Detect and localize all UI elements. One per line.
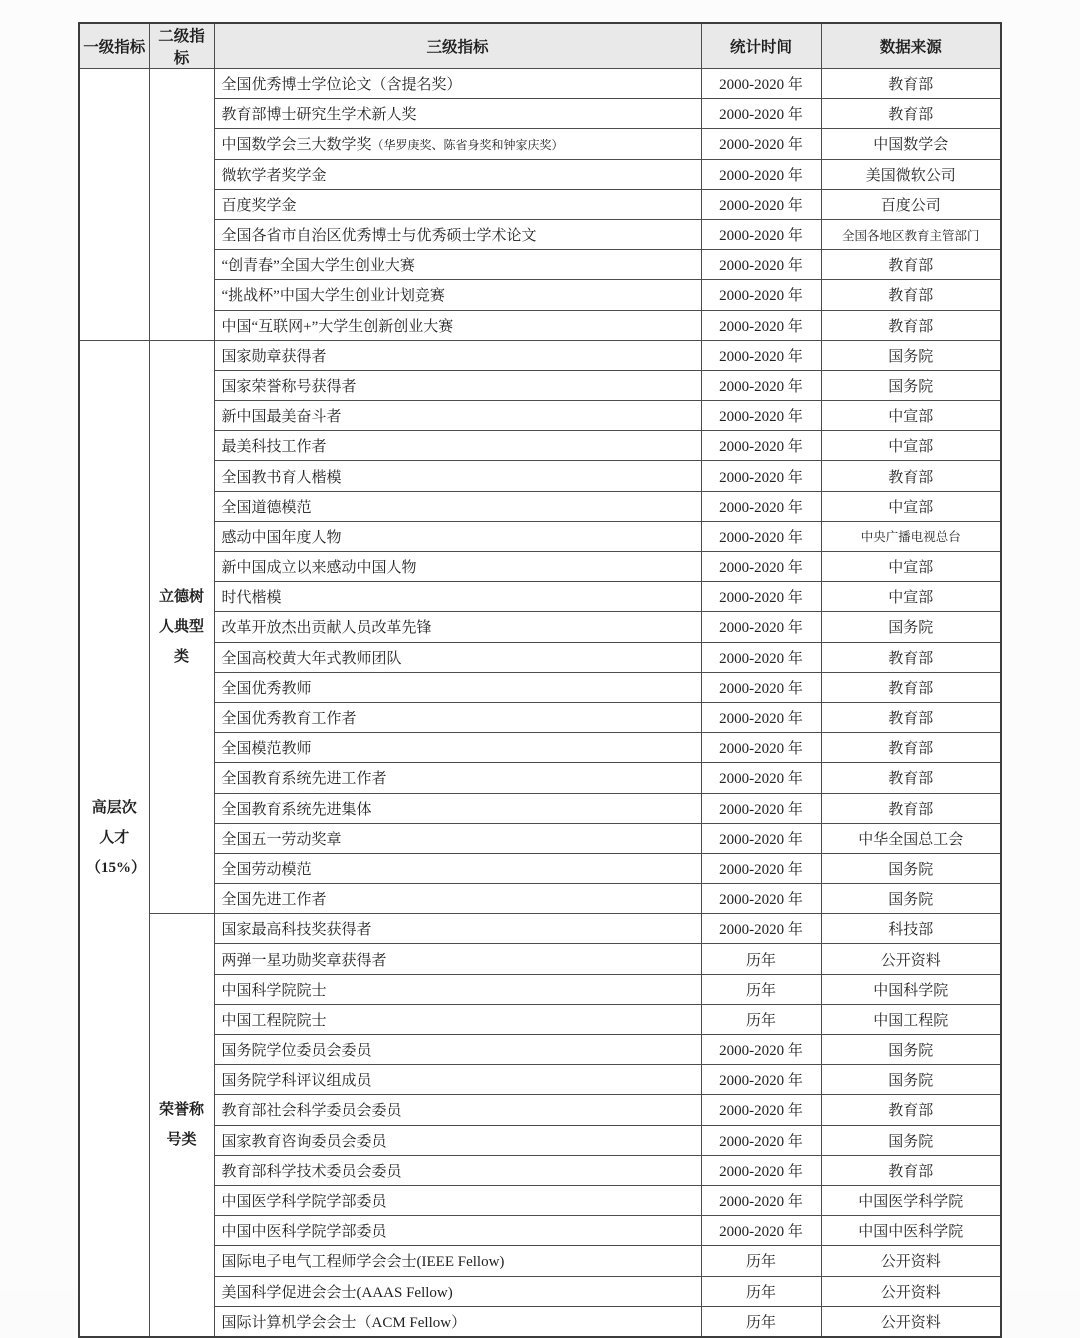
source-cell: 全国各地区教育主管部门 <box>821 219 1001 249</box>
level3-indicator-cell: 全国五一劳动奖章 <box>214 823 701 853</box>
level3-indicator-cell: 两弹一星功勋奖章获得者 <box>214 944 701 974</box>
source-cell: 国务院 <box>821 370 1001 400</box>
time-cell: 2000-2020 年 <box>701 189 821 219</box>
time-cell: 2000-2020 年 <box>701 99 821 129</box>
level3-indicator-cell: 中国工程院院士 <box>214 1004 701 1034</box>
indicator-note: （华罗庚奖、陈省身奖和钟家庆奖） <box>372 138 564 152</box>
table-row: 国家荣誉称号获得者2000-2020 年国务院 <box>79 370 1001 400</box>
level2-indicator-cell: 立德树人典型类 <box>149 340 214 914</box>
table-row: 中国数学会三大数学奖（华罗庚奖、陈省身奖和钟家庆奖）2000-2020 年中国数… <box>79 129 1001 159</box>
source-cell: 中国工程院 <box>821 1004 1001 1034</box>
level3-indicator-cell: 最美科技工作者 <box>214 431 701 461</box>
level3-indicator-cell: 中国科学院院士 <box>214 974 701 1004</box>
time-cell: 2000-2020 年 <box>701 340 821 370</box>
source-cell: 中宣部 <box>821 552 1001 582</box>
level3-indicator-cell: 感动中国年度人物 <box>214 521 701 551</box>
source-cell: 国务院 <box>821 612 1001 642</box>
time-cell: 2000-2020 年 <box>701 401 821 431</box>
source-cell: 中华全国总工会 <box>821 823 1001 853</box>
level3-indicator-cell: 全国道德模范 <box>214 491 701 521</box>
source-cell: 教育部 <box>821 793 1001 823</box>
table-row: 国务院学位委员会委员2000-2020 年国务院 <box>79 1035 1001 1065</box>
table-row: 新中国最美奋斗者2000-2020 年中宣部 <box>79 401 1001 431</box>
time-cell: 2000-2020 年 <box>701 159 821 189</box>
time-cell: 2000-2020 年 <box>701 521 821 551</box>
source-cell: 中央广播电视总台 <box>821 521 1001 551</box>
level3-indicator-cell: 教育部社会科学委员会委员 <box>214 1095 701 1125</box>
table-row: 中国科学院院士历年中国科学院 <box>79 974 1001 1004</box>
table-row: “挑战杯”中国大学生创业计划竞赛2000-2020 年教育部 <box>79 280 1001 310</box>
level3-indicator-cell: 国际电子电气工程师学会会士(IEEE Fellow) <box>214 1246 701 1276</box>
level3-indicator-cell: 全国教育系统先进集体 <box>214 793 701 823</box>
level3-indicator-cell: 教育部科学技术委员会委员 <box>214 1155 701 1185</box>
source-cell: 教育部 <box>821 69 1001 99</box>
table-row: 全国优秀教师2000-2020 年教育部 <box>79 672 1001 702</box>
time-cell: 2000-2020 年 <box>701 884 821 914</box>
level3-indicator-cell: 国务院学科评议组成员 <box>214 1065 701 1095</box>
source-cell: 教育部 <box>821 280 1001 310</box>
source-cell: 教育部 <box>821 672 1001 702</box>
level1-indicator-cell: 高层次人才（15%） <box>79 340 149 1337</box>
source-cell: 科技部 <box>821 914 1001 944</box>
time-cell: 2000-2020 年 <box>701 642 821 672</box>
level3-indicator-cell: 改革开放杰出贡献人员改革先锋 <box>214 612 701 642</box>
level3-indicator-cell: 全国劳动模范 <box>214 853 701 883</box>
time-cell: 历年 <box>701 1246 821 1276</box>
time-cell: 2000-2020 年 <box>701 491 821 521</box>
source-cell: 教育部 <box>821 99 1001 129</box>
time-cell: 历年 <box>701 944 821 974</box>
time-cell: 2000-2020 年 <box>701 250 821 280</box>
table-header-row: 一级指标二级指标三级指标统计时间数据来源 <box>79 23 1001 69</box>
level3-indicator-cell: 全国优秀教育工作者 <box>214 702 701 732</box>
table-body: 全国优秀博士学位论文（含提名奖）2000-2020 年教育部教育部博士研究生学术… <box>79 69 1001 1337</box>
level3-indicator-cell: “创青春”全国大学生创业大赛 <box>214 250 701 280</box>
source-cell: 国务院 <box>821 853 1001 883</box>
level3-indicator-cell: 国家教育咨询委员会委员 <box>214 1125 701 1155</box>
source-cell: 美国微软公司 <box>821 159 1001 189</box>
table-row: 国家教育咨询委员会委员2000-2020 年国务院 <box>79 1125 1001 1155</box>
time-cell: 2000-2020 年 <box>701 793 821 823</box>
source-cell: 国务院 <box>821 1035 1001 1065</box>
table-row: 中国医学科学院学部委员2000-2020 年中国医学科学院 <box>79 1185 1001 1215</box>
level3-indicator-cell: “挑战杯”中国大学生创业计划竞赛 <box>214 280 701 310</box>
level3-indicator-cell: 新中国最美奋斗者 <box>214 401 701 431</box>
table-row: 高层次人才（15%）立德树人典型类国家勋章获得者2000-2020 年国务院 <box>79 340 1001 370</box>
level3-indicator-cell: 国家荣誉称号获得者 <box>214 370 701 400</box>
table-row: 最美科技工作者2000-2020 年中宣部 <box>79 431 1001 461</box>
table-row: 国际计算机学会会士（ACM Fellow）历年公开资料 <box>79 1306 1001 1337</box>
table-row: 全国高校黄大年式教师团队2000-2020 年教育部 <box>79 642 1001 672</box>
table-row: 全国劳动模范2000-2020 年国务院 <box>79 853 1001 883</box>
source-cell: 教育部 <box>821 702 1001 732</box>
column-header: 二级指标 <box>149 23 214 69</box>
time-cell: 2000-2020 年 <box>701 310 821 340</box>
source-cell: 教育部 <box>821 250 1001 280</box>
time-cell: 2000-2020 年 <box>701 431 821 461</box>
table-row: 全国优秀教育工作者2000-2020 年教育部 <box>79 702 1001 732</box>
time-cell: 2000-2020 年 <box>701 1185 821 1215</box>
level3-indicator-cell: 时代楷模 <box>214 582 701 612</box>
time-cell: 2000-2020 年 <box>701 129 821 159</box>
table-row: 两弹一星功勋奖章获得者历年公开资料 <box>79 944 1001 974</box>
table-row: 改革开放杰出贡献人员改革先锋2000-2020 年国务院 <box>79 612 1001 642</box>
table-row: 全国先进工作者2000-2020 年国务院 <box>79 884 1001 914</box>
source-cell: 国务院 <box>821 340 1001 370</box>
source-cell: 中宣部 <box>821 431 1001 461</box>
table-row: 国务院学科评议组成员2000-2020 年国务院 <box>79 1065 1001 1095</box>
table-row: 全国教育系统先进集体2000-2020 年教育部 <box>79 793 1001 823</box>
table-row: 感动中国年度人物2000-2020 年中央广播电视总台 <box>79 521 1001 551</box>
source-cell: 教育部 <box>821 763 1001 793</box>
time-cell: 历年 <box>701 1306 821 1337</box>
time-cell: 2000-2020 年 <box>701 1095 821 1125</box>
level3-indicator-cell: 全国各省市自治区优秀博士与优秀硕士学术论文 <box>214 219 701 249</box>
time-cell: 2000-2020 年 <box>701 280 821 310</box>
time-cell: 2000-2020 年 <box>701 1155 821 1185</box>
level3-indicator-cell: 中国医学科学院学部委员 <box>214 1185 701 1215</box>
source-cell: 公开资料 <box>821 1276 1001 1306</box>
source-cell: 国务院 <box>821 1125 1001 1155</box>
level3-indicator-cell: 教育部博士研究生学术新人奖 <box>214 99 701 129</box>
level2-indicator-cell: 荣誉称号类 <box>149 914 214 1337</box>
level3-indicator-cell: 全国教育系统先进工作者 <box>214 763 701 793</box>
time-cell: 2000-2020 年 <box>701 702 821 732</box>
table-row: 全国各省市自治区优秀博士与优秀硕士学术论文2000-2020 年全国各地区教育主… <box>79 219 1001 249</box>
table-row: 新中国成立以来感动中国人物2000-2020 年中宣部 <box>79 552 1001 582</box>
time-cell: 2000-2020 年 <box>701 763 821 793</box>
table-row: 中国中医科学院学部委员2000-2020 年中国中医科学院 <box>79 1216 1001 1246</box>
time-cell: 2000-2020 年 <box>701 612 821 642</box>
table-row: 微软学者奖学金2000-2020 年美国微软公司 <box>79 159 1001 189</box>
table-row: 百度奖学金2000-2020 年百度公司 <box>79 189 1001 219</box>
level3-indicator-cell: 国家勋章获得者 <box>214 340 701 370</box>
level3-indicator-cell: 美国科学促进会会士(AAAS Fellow) <box>214 1276 701 1306</box>
time-cell: 2000-2020 年 <box>701 582 821 612</box>
source-cell: 教育部 <box>821 733 1001 763</box>
time-cell: 2000-2020 年 <box>701 219 821 249</box>
source-cell: 中国中医科学院 <box>821 1216 1001 1246</box>
source-cell: 教育部 <box>821 1095 1001 1125</box>
table-row: 教育部科学技术委员会委员2000-2020 年教育部 <box>79 1155 1001 1185</box>
level3-indicator-cell: 全国先进工作者 <box>214 884 701 914</box>
table-row: 全国道德模范2000-2020 年中宣部 <box>79 491 1001 521</box>
source-cell: 教育部 <box>821 642 1001 672</box>
source-cell: 公开资料 <box>821 1246 1001 1276</box>
level3-indicator-cell: 中国数学会三大数学奖（华罗庚奖、陈省身奖和钟家庆奖） <box>214 129 701 159</box>
column-header: 一级指标 <box>79 23 149 69</box>
time-cell: 历年 <box>701 1004 821 1034</box>
level1-indicator-cell <box>79 69 149 341</box>
table-row: 荣誉称号类国家最高科技奖获得者2000-2020 年科技部 <box>79 914 1001 944</box>
time-cell: 2000-2020 年 <box>701 370 821 400</box>
source-cell: 百度公司 <box>821 189 1001 219</box>
table-row: 全国教书育人楷模2000-2020 年教育部 <box>79 461 1001 491</box>
source-cell: 教育部 <box>821 461 1001 491</box>
table-row: 中国“互联网+”大学生创新创业大赛2000-2020 年教育部 <box>79 310 1001 340</box>
source-cell: 公开资料 <box>821 1306 1001 1337</box>
level3-indicator-cell: 微软学者奖学金 <box>214 159 701 189</box>
time-cell: 2000-2020 年 <box>701 1065 821 1095</box>
source-cell: 中宣部 <box>821 491 1001 521</box>
time-cell: 2000-2020 年 <box>701 914 821 944</box>
time-cell: 2000-2020 年 <box>701 69 821 99</box>
level3-indicator-cell: 全国优秀博士学位论文（含提名奖） <box>214 69 701 99</box>
level3-indicator-cell: 国际计算机学会会士（ACM Fellow） <box>214 1306 701 1337</box>
table-row: 中国工程院院士历年中国工程院 <box>79 1004 1001 1034</box>
table-row: “创青春”全国大学生创业大赛2000-2020 年教育部 <box>79 250 1001 280</box>
table-row: 教育部社会科学委员会委员2000-2020 年教育部 <box>79 1095 1001 1125</box>
source-cell: 教育部 <box>821 1155 1001 1185</box>
time-cell: 2000-2020 年 <box>701 823 821 853</box>
column-header: 三级指标 <box>214 23 701 69</box>
time-cell: 2000-2020 年 <box>701 552 821 582</box>
document-page: 一级指标二级指标三级指标统计时间数据来源 全国优秀博士学位论文（含提名奖）200… <box>0 0 1080 1290</box>
source-cell: 中宣部 <box>821 401 1001 431</box>
time-cell: 历年 <box>701 1276 821 1306</box>
table-row: 全国优秀博士学位论文（含提名奖）2000-2020 年教育部 <box>79 69 1001 99</box>
level3-indicator-cell: 新中国成立以来感动中国人物 <box>214 552 701 582</box>
source-cell: 中国数学会 <box>821 129 1001 159</box>
level3-indicator-cell: 国家最高科技奖获得者 <box>214 914 701 944</box>
source-cell: 国务院 <box>821 1065 1001 1095</box>
time-cell: 2000-2020 年 <box>701 1125 821 1155</box>
indicator-table: 一级指标二级指标三级指标统计时间数据来源 全国优秀博士学位论文（含提名奖）200… <box>78 22 1002 1338</box>
time-cell: 历年 <box>701 974 821 1004</box>
level2-indicator-cell <box>149 69 214 341</box>
level3-indicator-cell: 国务院学位委员会委员 <box>214 1035 701 1065</box>
level3-indicator-cell: 全国教书育人楷模 <box>214 461 701 491</box>
source-cell: 教育部 <box>821 310 1001 340</box>
table-row: 国际电子电气工程师学会会士(IEEE Fellow)历年公开资料 <box>79 1246 1001 1276</box>
source-cell: 国务院 <box>821 884 1001 914</box>
table-row: 全国模范教师2000-2020 年教育部 <box>79 733 1001 763</box>
table-row: 美国科学促进会会士(AAAS Fellow)历年公开资料 <box>79 1276 1001 1306</box>
table-row: 时代楷模2000-2020 年中宣部 <box>79 582 1001 612</box>
column-header: 统计时间 <box>701 23 821 69</box>
time-cell: 2000-2020 年 <box>701 733 821 763</box>
level3-indicator-cell: 全国高校黄大年式教师团队 <box>214 642 701 672</box>
level3-indicator-cell: 百度奖学金 <box>214 189 701 219</box>
table-row: 教育部博士研究生学术新人奖2000-2020 年教育部 <box>79 99 1001 129</box>
level3-indicator-cell: 全国优秀教师 <box>214 672 701 702</box>
time-cell: 2000-2020 年 <box>701 853 821 883</box>
table-row: 全国教育系统先进工作者2000-2020 年教育部 <box>79 763 1001 793</box>
level3-indicator-cell: 中国中医科学院学部委员 <box>214 1216 701 1246</box>
time-cell: 2000-2020 年 <box>701 461 821 491</box>
table-row: 全国五一劳动奖章2000-2020 年中华全国总工会 <box>79 823 1001 853</box>
time-cell: 2000-2020 年 <box>701 672 821 702</box>
source-cell: 公开资料 <box>821 944 1001 974</box>
time-cell: 2000-2020 年 <box>701 1216 821 1246</box>
column-header: 数据来源 <box>821 23 1001 69</box>
level3-indicator-cell: 中国“互联网+”大学生创新创业大赛 <box>214 310 701 340</box>
source-cell: 中宣部 <box>821 582 1001 612</box>
source-cell: 中国科学院 <box>821 974 1001 1004</box>
level3-indicator-cell: 全国模范教师 <box>214 733 701 763</box>
time-cell: 2000-2020 年 <box>701 1035 821 1065</box>
source-cell: 中国医学科学院 <box>821 1185 1001 1215</box>
